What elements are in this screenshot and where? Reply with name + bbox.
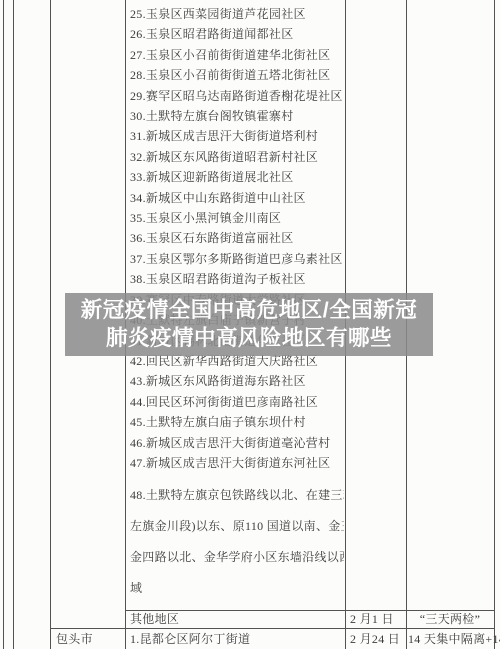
banner-title-line2: 肺炎疫情中高风险地区有哪些 [106,325,392,353]
baotou-date: 2 月24 日 [350,630,400,649]
risk-area-item: 34.新城区中山东路街道中山社区 [130,188,344,208]
risk-area-item: 46.新城区成吉思汗大街街道毫沁营村 [130,433,344,453]
table-border-right [494,0,495,649]
risk-area-item: 47.新城区成吉思汗大街街道东河社区 [130,453,344,473]
risk-area-item: 44.回民区环河街街道巴彦南路社区 [130,392,344,412]
risk-area-items-42-47: 42.回民区新华西路街道大庆路社区43.新城区东风路街道海东路社区44.回民区环… [130,351,344,473]
watermark-banner-overlay: 新冠疫情全国中高危地区/全国新冠 肺炎疫情中高风险地区有哪些 [65,293,433,356]
baotou-area: 1.昆都仑区阿尔丁街道 [130,630,250,649]
baotou-policy: 14 天集中隔离+14 [408,630,500,649]
banner-title-line1: 新冠疫情全国中高危地区/全国新冠 [81,297,417,325]
risk-area-item: 43.新城区东风路街道海东路社区 [130,371,344,391]
risk-area-item: 35.玉泉区小黑河镇金川南区 [130,208,344,228]
risk-area-item: 37.玉泉区鄂尔多斯路街道巴彦乌素社区 [130,249,344,269]
baotou-city-label: 包头市 [56,630,93,649]
other-area-date: 2 月1 日 [350,611,394,628]
risk-area-item-48-line: 域 [130,573,344,604]
other-area-label: 其他地区 [130,611,179,628]
risk-area-item: 25.玉泉区西菜园街道芦花园社区 [130,4,344,24]
risk-area-item: 45.土默特左旗白庙子镇东坝什村 [130,412,344,432]
risk-area-item-48: 48.土默特左旗京包铁路线以北、在建三环路(土左旗金川段)以东、原110 国道以… [130,480,344,604]
table-border-left-inner [13,0,14,649]
risk-area-item: 28.玉泉区小召前街街道五塔北街社区 [130,65,344,85]
scanned-risk-area-table: 25.玉泉区西菜园街道芦花园社区26.玉泉区昭君路街道闻都社区27.玉泉区小召前… [0,0,500,649]
risk-area-item: 32.新城区东风路街道昭君新村社区 [130,147,344,167]
table-border-left-outer [3,0,4,649]
column-divider-region-city [50,0,51,649]
risk-area-item: 26.玉泉区昭君路街道闻都社区 [130,24,344,44]
risk-area-items-25-38: 25.玉泉区西菜园街道芦花园社区26.玉泉区昭君路街道闻都社区27.玉泉区小召前… [130,4,344,290]
other-area-policy: “三天两检” [406,611,494,628]
risk-area-item: 31.新城区成吉思汗大街街道塔利村 [130,126,344,146]
risk-area-item-48-line: 金四路以北、金华学府小区东墙沿线以西围合区 [130,542,344,573]
risk-area-item: 27.玉泉区小召前街街道建华北街社区 [130,45,344,65]
risk-area-item: 38.玉泉区昭君路街道沟子板社区 [130,269,344,289]
risk-area-item-48-line: 48.土默特左旗京包铁路线以北、在建三环路(土 [130,480,344,511]
risk-area-item: 29.赛罕区昭乌达南路街道香榭花堤社区 [130,86,344,106]
row-divider-above-baotou [50,628,494,629]
risk-area-item: 36.玉泉区石东路街道富丽社区 [130,228,344,248]
risk-area-item-48-line: 左旗金川段)以东、原110 国道以南、金三道以西、 [130,511,344,542]
risk-area-item: 33.新城区迎新路街道展北社区 [130,167,344,187]
risk-area-item: 30.土默特左旗台阁牧镇霍寨村 [130,106,344,126]
